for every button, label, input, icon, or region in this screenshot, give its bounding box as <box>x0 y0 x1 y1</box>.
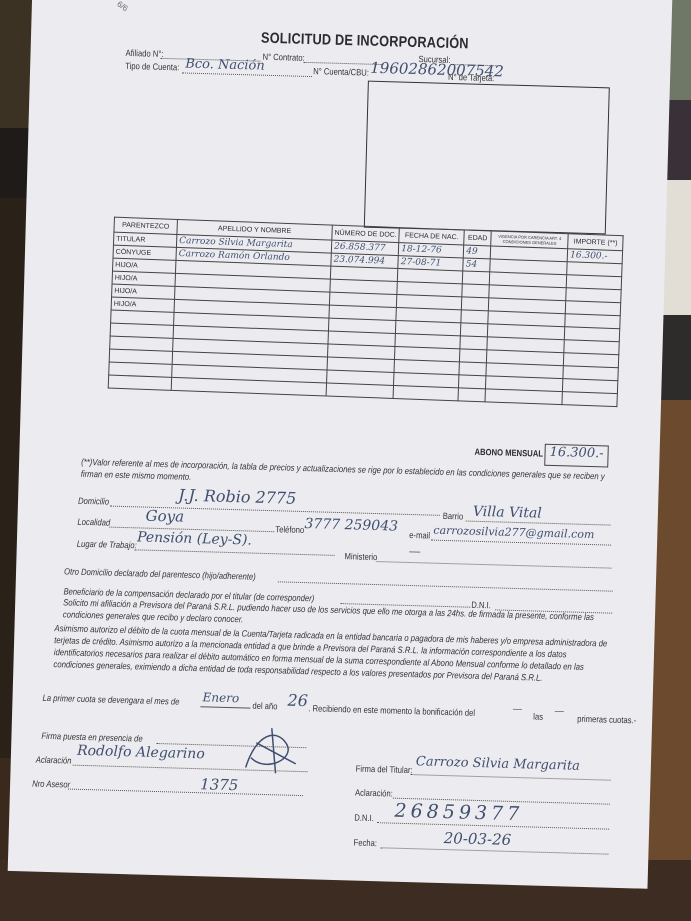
page-tag: 6/6 <box>115 0 129 13</box>
telefono-label: Teléfono <box>275 524 304 535</box>
cell-edad[interactable] <box>462 284 489 298</box>
firma-titular-field[interactable] <box>411 774 611 781</box>
domicilio-label: Domicilio <box>78 496 109 507</box>
tipo-cuenta-value: Bco. Nación <box>185 57 265 74</box>
cell-edad[interactable] <box>461 323 488 337</box>
ministerio-label: Ministerio <box>344 551 377 562</box>
form-title: SOLICITUD DE INCORPORACIÓN <box>261 30 469 53</box>
lugar-trabajo-value: Pensión (Ley-S). <box>137 529 252 548</box>
firma-titular-label: Firma del Titular: <box>356 764 413 776</box>
cell-importe[interactable] <box>562 392 617 407</box>
aclaracion-asesor-value: Rodolfo Alegarino <box>77 743 205 763</box>
bonificacion-label: . Recibiendo en este momento la bonifica… <box>308 703 475 718</box>
ministerio-field[interactable] <box>376 561 611 569</box>
anio-value: 26 <box>287 691 308 711</box>
nro-asesor-field[interactable] <box>68 789 303 797</box>
bonificacion-value: — <box>512 704 522 715</box>
abono-mensual-label: ABONO MENSUAL <box>474 447 543 459</box>
contrato-label: N° Contrato: <box>262 52 304 63</box>
cell-edad[interactable]: 54 <box>463 258 490 272</box>
cell-edad[interactable]: 49 <box>463 245 490 259</box>
primer-cuota-mes-field[interactable] <box>200 706 250 708</box>
ministerio-value: — <box>409 544 421 558</box>
cell-parentesco <box>108 375 171 390</box>
cell-edad[interactable] <box>460 349 487 363</box>
cell-edad[interactable] <box>460 336 487 350</box>
las-label: las <box>533 712 543 722</box>
anio-label: del año <box>252 701 277 712</box>
lugar-trabajo-label: Lugar de Trabajo: <box>77 539 137 551</box>
abono-mensual-field[interactable]: 16.300.- <box>544 444 609 468</box>
afiliado-label: Afiliado N°: <box>125 48 163 59</box>
primer-cuota-label: La primer cuota se devengara el mes de <box>42 693 179 707</box>
cuenta-label: N° Cuenta/CBU: <box>313 66 369 78</box>
primer-cuota-mes-value: Enero <box>202 690 239 705</box>
tarjeta-label: N° de Tarjeta: <box>448 72 495 83</box>
cell-vigencia[interactable] <box>485 389 562 405</box>
otro-domicilio-label: Otro Domicilio declarado del parentesco … <box>64 566 256 581</box>
domicilio-value: J.J. Robio 2775 <box>178 486 297 508</box>
cell-edad[interactable] <box>459 362 486 376</box>
nro-asesor-value: 1375 <box>200 775 239 794</box>
family-table: PARENTEZCO APELLIDO Y NOMBRE NÚMERO DE D… <box>108 217 624 408</box>
email-label: e-mail <box>409 530 430 541</box>
localidad-value: Goya <box>145 507 184 526</box>
otro-domicilio-field[interactable] <box>278 581 613 591</box>
aclaracion-titular-label: Aclaración: <box>355 788 393 799</box>
firma-asesor-label: Firma puesta en presencia de <box>41 731 142 744</box>
firma-titular-value: Carrozo Silvia Margarita <box>416 754 580 774</box>
photo-box <box>364 81 610 235</box>
cell-doc[interactable] <box>326 383 394 398</box>
dni-titular-value: 26859377 <box>394 800 523 826</box>
telefono-value: 3777 259043 <box>304 516 398 535</box>
cell-edad[interactable] <box>458 388 485 402</box>
form-sheet: 6/6 SOLICITUD DE INCORPORACIÓN Afiliado … <box>8 0 673 889</box>
header-edad: EDAD <box>464 230 492 246</box>
cell-edad[interactable] <box>463 271 490 285</box>
footnote: (**)Valor referente al mes de incorporac… <box>81 456 615 495</box>
fecha-label: Fecha: <box>353 838 377 849</box>
nro-asesor-label: Nro Asesor <box>32 779 70 790</box>
abono-mensual-value: 16.300.- <box>549 445 603 462</box>
cell-edad[interactable] <box>459 375 486 389</box>
aclaracion-asesor-label: Aclaración <box>36 755 72 766</box>
las-value: — <box>554 706 564 717</box>
barrio-value: Villa Vital <box>473 504 542 522</box>
cell-fecha[interactable] <box>393 385 458 400</box>
localidad-label: Localidad <box>77 517 110 528</box>
cell-edad[interactable] <box>462 297 489 311</box>
tipo-cuenta-label: Tipo de Cuenta: <box>125 61 179 73</box>
fecha-value: 20-03-26 <box>444 829 512 849</box>
cell-edad[interactable] <box>461 310 488 324</box>
dni-titular-label: D.N.I. <box>354 813 374 824</box>
primeras-cuotas-label: primeras cuotas.- <box>577 714 636 726</box>
barrio-label: Barrio <box>443 511 464 522</box>
email-value: carrozosilvia277@gmail.com <box>433 524 594 541</box>
lugar-trabajo-field[interactable] <box>135 549 335 556</box>
